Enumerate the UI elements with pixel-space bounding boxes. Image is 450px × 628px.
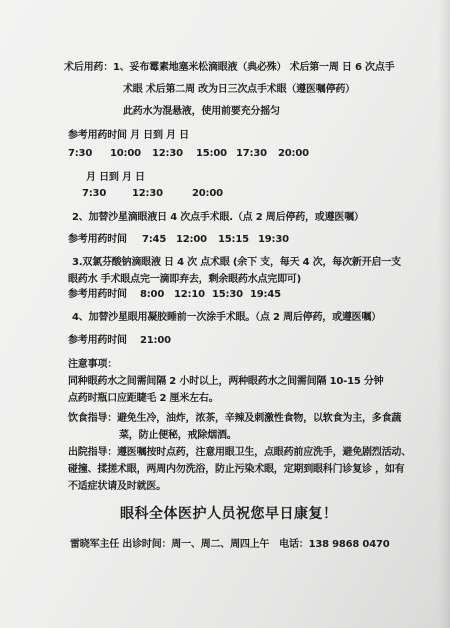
discharge-line1: 出院指导：遵医嘱按时点药，注意用眼卫生，点眼药前应洗手，避免剧烈活动、	[68, 443, 411, 458]
schedule2-times: 7:3012:3020:00	[82, 188, 223, 199]
schedule1-header: 参考用药时间 月 日到 月 日	[68, 126, 189, 141]
item2-line1: 2、加替沙星滴眼液日 4 次点手术眼.（点 2 周后停药，或遵医嘱）	[72, 208, 364, 223]
clinic-days: 周一、周二、周四上午	[171, 539, 269, 550]
post-op-label: 术后用药：	[64, 62, 113, 73]
post-op-item1-line2: 术眼 术后第二周 改为日三次点手术眼（遵医嘱停药）	[123, 80, 355, 95]
item3-line1: 3.双氯芬酸钠滴眼液 日 4 次 点术眼 (余下 支，每天 4 次，每次新开启一…	[72, 253, 401, 268]
item3-line2: 眼药水 手术眼点完一滴即弃去，剩余眼药水点完即可)	[68, 270, 301, 285]
item3-times: 参考用药时间8:0012:1015:3019:45	[68, 285, 281, 300]
item4-line1: 4、加替沙星眼用凝胶睡前一次涂手术眼。（点 2 周后停药，或遵医嘱）	[72, 308, 381, 323]
diet-line2: 菜，防止便秘，戒除烟酒。	[119, 426, 237, 441]
document-page: 术后用药：1、妥布霉素地塞米松滴眼液（典必殊） 术后第一周 日 6 次点手 术眼…	[0, 0, 450, 628]
phone-number: 138 9868 0470	[309, 539, 390, 550]
notes-line1: 同种眼药水之间需间隔 2 小时以上，两种眼药水之间需间隔 10-15 分钟	[68, 372, 383, 387]
clinic-label: 出诊时间：	[122, 539, 171, 550]
discharge-line2: 碰撞、揉搓术眼，两周内勿洗浴，防止污染术眼，定期到眼科门诊复诊 ，如有	[68, 460, 404, 475]
closing-message: 眼科全体医护人员祝您早日康复！	[120, 503, 338, 523]
post-op-item1-line3: 此药水为混悬液，使用前要充分摇匀	[123, 102, 280, 117]
schedule2-header: 月 日到 月 日	[86, 168, 145, 183]
diet-line1: 饮食指导：避免生冷，油炸，浓茶，辛辣及刺激性食物，以软食为主，多食蔬	[68, 409, 401, 424]
page-edge-shadow	[438, 0, 450, 628]
post-op-item1-line1: 术后用药：1、妥布霉素地塞米松滴眼液（典必殊） 术后第一周 日 6 次点手	[64, 58, 394, 73]
footer-line: 雷晓军主任 出诊时间：周一、周二、周四上午 电话：138 9868 0470	[70, 535, 389, 550]
item2-times: 参考用药时间7:4512:0015:1519:30	[68, 230, 289, 245]
phone-label: 电话：	[279, 539, 308, 550]
item4-times: 参考用药时间21:00	[68, 331, 171, 346]
notes-line2: 点药时瓶口应距睫毛 2 厘米左右。	[68, 389, 219, 404]
schedule1-times: 7:3010:0012:3015:0017:3020:00	[68, 148, 309, 159]
doctor-name: 雷晓军主任	[70, 539, 119, 550]
discharge-line3: 不适症状请及时就医。	[68, 477, 166, 492]
notes-title: 注意事项：	[68, 355, 117, 370]
